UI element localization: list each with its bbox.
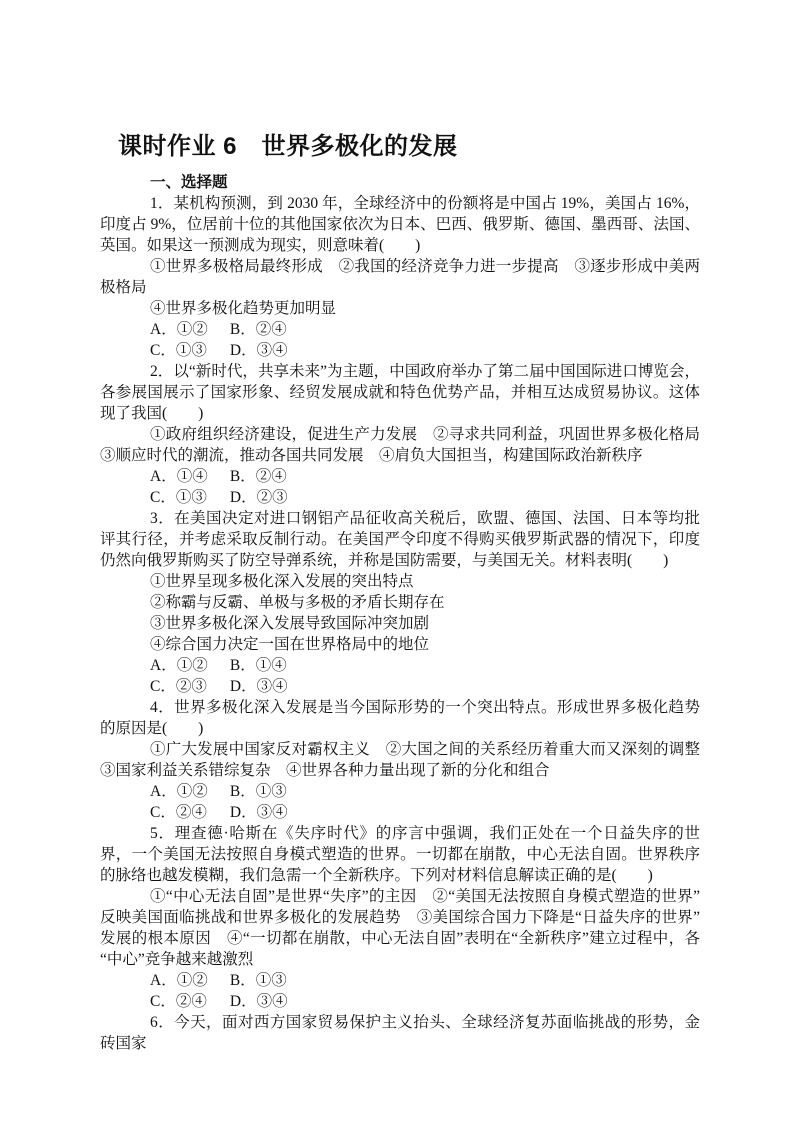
answer-choice: B．②④ <box>230 468 287 485</box>
option-line: ④世界多极化趋势更加明显 <box>100 298 700 319</box>
answer-choice: C．①③ <box>150 340 226 361</box>
answer-choice: B．①④ <box>230 657 287 674</box>
answer-choice: C．②④ <box>150 802 226 823</box>
worksheet-page: 课时作业 6 世界多极化的发展 一、选择题 1．某机构预测，到 2030 年，全… <box>0 0 793 1122</box>
option-line: ④综合国力决定一国在世界格局中的地位 <box>100 634 700 655</box>
answer-choice: D．③④ <box>230 804 288 821</box>
worksheet-content: 一、选择题 1．某机构预测，到 2030 年，全球经济中的份额将是中国占 19%… <box>100 172 700 1054</box>
answer-row: A．①② B．②④ <box>100 319 700 340</box>
question-stem: 4．世界多极化深入发展是当今国际形势的一个突出特点。形成世界多极化趋势的原因是(… <box>100 697 700 739</box>
question-1: 1．某机构预测，到 2030 年，全球经济中的份额将是中国占 19%，美国占 1… <box>100 193 700 361</box>
answer-choice: A．①② <box>150 781 226 802</box>
answer-choice: B．①③ <box>230 783 287 800</box>
answer-choice: A．①② <box>150 655 226 676</box>
question-stem: 3．在美国决定对进口钢铝产品征收高关税后，欧盟、德国、法国、日本等均批评其行径，… <box>100 508 700 571</box>
answer-choice: D．③④ <box>230 993 288 1010</box>
answer-choice: C．②④ <box>150 991 226 1012</box>
answer-row: C．②③ D．③④ <box>100 676 700 697</box>
answer-row: A．①② B．①④ <box>100 655 700 676</box>
section-heading: 一、选择题 <box>100 172 700 193</box>
answer-choice: B．②④ <box>230 321 287 338</box>
answer-choice: D．②③ <box>230 489 288 506</box>
answer-row: A．①② B．①③ <box>100 970 700 991</box>
question-6: 6．今天，面对西方国家贸易保护主义抬头、全球经济复苏面临挑战的形势，金砖国家 <box>100 1012 700 1054</box>
answer-choice: C．②③ <box>150 676 226 697</box>
question-4: 4．世界多极化深入发展是当今国际形势的一个突出特点。形成世界多极化趋势的原因是(… <box>100 697 700 823</box>
page-title: 课时作业 6 世界多极化的发展 <box>118 132 458 162</box>
option-line: ①广大发展中国家反对霸权主义 ②大国之间的关系经历着重大而又深刻的调整 ③国家利… <box>100 739 700 781</box>
answer-row: C．①③ D．③④ <box>100 340 700 361</box>
answer-choice: B．①③ <box>230 972 287 989</box>
answer-row: C．②④ D．③④ <box>100 802 700 823</box>
answer-row: C．①③ D．②③ <box>100 487 700 508</box>
option-line: ①世界多极格局最终形成 ②我国的经济竞争力进一步提高 ③逐步形成中美两极格局 <box>100 256 700 298</box>
question-stem: 1．某机构预测，到 2030 年，全球经济中的份额将是中国占 19%，美国占 1… <box>100 193 700 256</box>
answer-row: C．②④ D．③④ <box>100 991 700 1012</box>
question-3: 3．在美国决定对进口钢铝产品征收高关税后，欧盟、德国、法国、日本等均批评其行径，… <box>100 508 700 697</box>
option-line: ②称霸与反霸、单极与多极的矛盾长期存在 <box>100 592 700 613</box>
answer-row: A．①② B．①③ <box>100 781 700 802</box>
option-line: ①政府组织经济建设，促进生产力发展 ②寻求共同利益，巩固世界多极化格局 ③顺应时… <box>100 424 700 466</box>
question-stem: 2．以“新时代，共享未来”为主题，中国政府举办了第二届中国国际进口博览会，各参展… <box>100 361 700 424</box>
option-line: ③世界多极化深入发展导致国际冲突加剧 <box>100 613 700 634</box>
question-stem: 5．理查德·哈斯在《失序时代》的序言中强调，我们正处在一个日益失序的世界，一个美… <box>100 823 700 886</box>
question-stem: 6．今天，面对西方国家贸易保护主义抬头、全球经济复苏面临挑战的形势，金砖国家 <box>100 1012 700 1054</box>
answer-row: A．①④ B．②④ <box>100 466 700 487</box>
answer-choice: A．①④ <box>150 466 226 487</box>
option-line: ①世界呈现多极化深入发展的突出特点 <box>100 571 700 592</box>
answer-choice: A．①② <box>150 970 226 991</box>
option-line: ①“中心无法自固”是世界“失序”的主因 ②“美国无法按照自身模式塑造的世界”反映… <box>100 886 700 970</box>
answer-choice: C．①③ <box>150 487 226 508</box>
question-5: 5．理查德·哈斯在《失序时代》的序言中强调，我们正处在一个日益失序的世界，一个美… <box>100 823 700 1012</box>
answer-choice: A．①② <box>150 319 226 340</box>
answer-choice: D．③④ <box>230 678 288 695</box>
answer-choice: D．③④ <box>230 342 288 359</box>
question-2: 2．以“新时代，共享未来”为主题，中国政府举办了第二届中国国际进口博览会，各参展… <box>100 361 700 508</box>
